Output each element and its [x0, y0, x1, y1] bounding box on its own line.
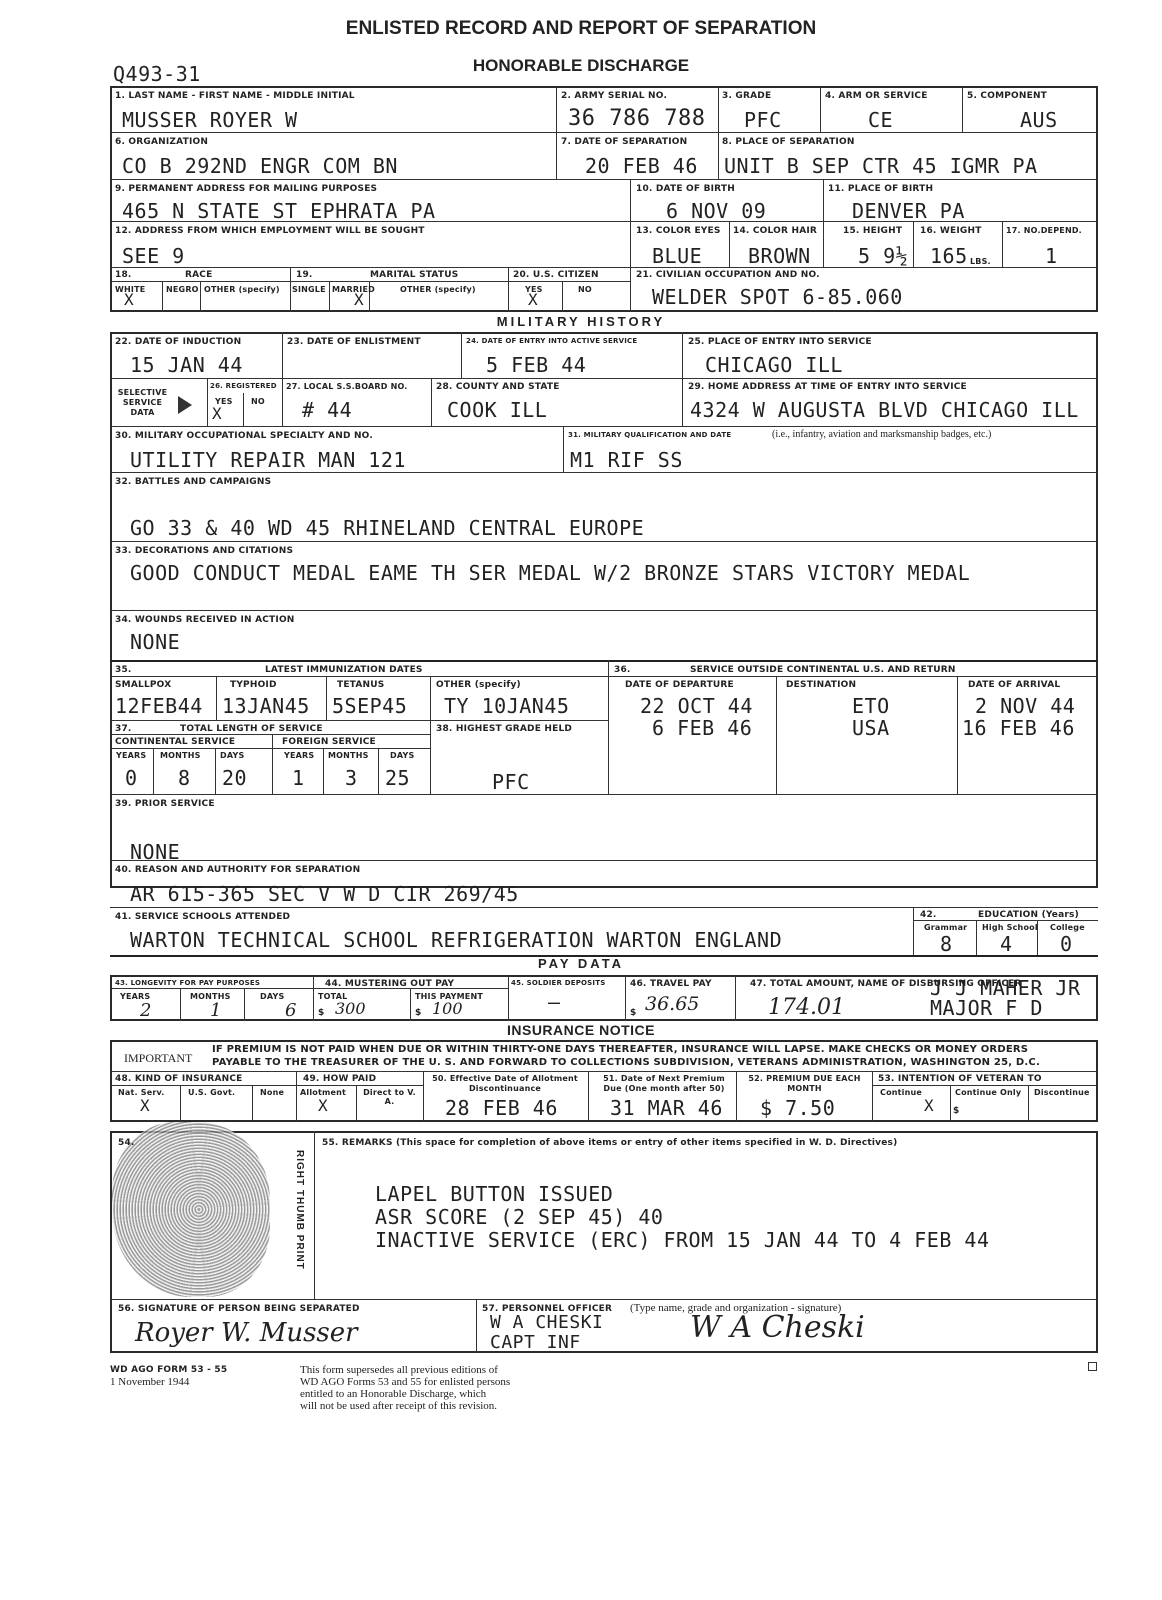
f19-label: 19. [296, 270, 313, 280]
qualification-value: M1 RIF SS [570, 448, 683, 472]
college-label: College [1050, 923, 1085, 932]
f33-label: 33. DECORATIONS AND CITATIONS [115, 546, 293, 556]
us-govt-checkbox[interactable]: U.S. Govt. [188, 1088, 235, 1097]
none-checkbox[interactable]: None [260, 1088, 284, 1097]
f37-label: 37. [115, 724, 132, 734]
cont-months-value: 8 [178, 766, 191, 790]
arrival-header: DATE OF ARRIVAL [968, 680, 1060, 690]
travel-pay-value: 36.65 [645, 993, 699, 1015]
weight-unit: LBS. [970, 257, 991, 266]
arm-value: CE [868, 108, 893, 132]
college-value: 0 [1060, 932, 1073, 956]
f45-label: 45. SOLDIER DEPOSITS [511, 979, 605, 987]
selective-service-label: SELECTIVE SERVICE DATA [115, 388, 170, 418]
f17-label: 17. NO.DEPEND. [1006, 226, 1082, 235]
decorations-value: GOOD CONDUCT MEDAL EAME TH SER MEDAL W/2… [130, 561, 970, 585]
tetanus-label: TETANUS [337, 680, 384, 690]
personnel-officer-signature: W A Cheski [690, 1310, 865, 1345]
f21-label: 21. CIVILIAN OCCUPATION AND NO. [636, 270, 820, 280]
continue-checkbox[interactable]: Continue [880, 1088, 922, 1097]
marital-married-mark: X [354, 290, 364, 309]
cont-years-label: YEARS [116, 751, 146, 760]
immunization-title: LATEST IMMUNIZATION DATES [265, 665, 423, 675]
f31-note: (i.e., infantry, aviation and marksmansh… [772, 429, 991, 441]
f52-label: 52. PREMIUM DUE EACH MONTH [742, 1074, 867, 1094]
soldier-deposits-value: — [548, 990, 561, 1014]
important-label: IMPORTANT [124, 1052, 192, 1064]
f31-label: 31. MILITARY QUALIFICATION AND DATE [568, 431, 731, 439]
f24-label: 24. DATE OF ENTRY INTO ACTIVE SERVICE [466, 337, 637, 345]
height-value: 5 9½ [858, 244, 908, 268]
thumb-print-label: RIGHT THUMB PRINT [294, 1150, 305, 1270]
corner-square-icon [1088, 1362, 1097, 1371]
marital-single-checkbox[interactable]: SINGLE [292, 285, 326, 294]
occupation-value: WELDER SPOT 6-85.060 [652, 285, 903, 309]
entry-place-value: CHICAGO ILL [705, 353, 843, 377]
f28-label: 28. COUNTY AND STATE [436, 382, 560, 392]
f49-label: 49. HOW PAID [303, 1074, 376, 1084]
education-title: EDUCATION (Years) [978, 910, 1079, 920]
registered-yes-mark: X [212, 404, 222, 423]
high-school-value: 4 [1000, 932, 1013, 956]
discontinue-checkbox[interactable]: Discontinue [1034, 1088, 1090, 1097]
citizen-yes-mark: X [528, 290, 538, 309]
cont-years-value: 0 [125, 766, 138, 790]
personnel-officer-grade: CAPT INF [490, 1332, 581, 1353]
remark-line-2: ASR SCORE (2 SEP 45) 40 [375, 1205, 663, 1229]
board-no-value: # 44 [302, 398, 352, 422]
disbursing-officer-rank: MAJOR F D [930, 996, 1043, 1020]
other-immunization-label: OTHER (specify) [436, 680, 521, 690]
allotment-mark: X [318, 1096, 328, 1115]
continue-only-checkbox[interactable]: Continue Only [955, 1088, 1021, 1097]
foreign-days-value: 25 [385, 766, 410, 790]
serial-value: 36 786 788 [568, 106, 705, 131]
foreign-days-label: DAYS [390, 751, 414, 760]
registered-no-checkbox[interactable]: NO [251, 397, 265, 406]
longevity-days-value: 6 [285, 1000, 296, 1021]
continue-only-currency: $ [953, 1106, 959, 1116]
grade-value: PFC [744, 108, 782, 132]
supersedes-line-4: will not be used after receipt of this r… [300, 1400, 497, 1412]
highest-grade-value: PFC [492, 770, 530, 794]
file-number: Q493-31 [113, 62, 201, 86]
f30-label: 30. MILITARY OCCUPATIONAL SPECIALTY AND … [115, 431, 373, 441]
component-value: AUS [1020, 108, 1058, 132]
f43-label: 43. LONGEVITY FOR PAY PURPOSES [115, 979, 260, 987]
cont-days-label: DAYS [220, 751, 244, 760]
premium-value: $ 7.50 [760, 1096, 835, 1120]
f2-label: 2. ARMY SERIAL NO. [561, 91, 667, 101]
total-currency: $ [318, 1008, 324, 1018]
smallpox-value: 12FEB44 [115, 694, 203, 718]
foreign-years-label: YEARS [284, 751, 314, 760]
tetanus-value: 5SEP45 [332, 694, 407, 718]
form-title: ENLISTED RECORD AND REPORT OF SEPARATION [0, 18, 1162, 40]
f36-label: 36. [614, 665, 631, 675]
f11-label: 11. PLACE OF BIRTH [828, 184, 933, 194]
arrival-1: 2 NOV 44 [975, 694, 1075, 718]
f55-label: 55. REMARKS (This space for completion o… [322, 1138, 897, 1148]
f48-label: 48. KIND OF INSURANCE [115, 1074, 243, 1084]
f26-label: 26. REGISTERED [210, 382, 277, 390]
cont-days-value: 20 [222, 766, 247, 790]
f9-label: 9. PERMANENT ADDRESS FOR MAILING PURPOSE… [115, 184, 377, 194]
form-date: 1 November 1944 [110, 1376, 189, 1388]
f1-label: 1. LAST NAME - FIRST NAME - MIDDLE INITI… [115, 91, 355, 101]
f32-label: 32. BATTLES AND CAMPAIGNS [115, 477, 271, 487]
service-schools-value: WARTON TECHNICAL SCHOOL REFRIGERATION WA… [130, 928, 782, 952]
supersedes-line-2: WD AGO Forms 53 and 55 for enlisted pers… [300, 1376, 510, 1388]
f14-label: 14. COLOR HAIR [733, 226, 817, 236]
wounds-value: NONE [130, 630, 180, 654]
departure-header: DATE OF DEPARTURE [625, 680, 734, 690]
dependents-value: 1 [1045, 244, 1058, 268]
f27-label: 27. LOCAL S.S.BOARD NO. [286, 382, 408, 391]
insurance-heading: INSURANCE NOTICE [0, 1022, 1162, 1038]
foreign-title: FOREIGN SERVICE [282, 737, 376, 747]
f18-label: 18. [115, 270, 132, 280]
f34-label: 34. WOUNDS RECEIVED IN ACTION [115, 615, 295, 625]
f6-label: 6. ORGANIZATION [115, 137, 208, 147]
destination-2: USA [852, 716, 890, 740]
separation-place-value: UNIT B SEP CTR 45 IGMR PA [724, 154, 1038, 178]
prior-service-value: NONE [130, 840, 180, 864]
f42-label: 42. [920, 910, 937, 920]
grammar-label: Grammar [924, 923, 967, 932]
direct-to-va-checkbox[interactable]: Direct to V. A. [362, 1088, 417, 1106]
arrow-right-icon [178, 396, 192, 414]
payment-currency: $ [415, 1008, 421, 1018]
length-title: TOTAL LENGTH OF SERVICE [180, 724, 323, 734]
separated-person-signature: Royer W. Musser [135, 1318, 358, 1348]
longevity-years-value: 2 [140, 1000, 151, 1021]
mos-value: UTILITY REPAIR MAN 121 [130, 448, 406, 472]
departure-1: 22 OCT 44 [640, 694, 753, 718]
foreign-months-value: 3 [345, 766, 358, 790]
remark-line-1: LAPEL BUTTON ISSUED [375, 1182, 613, 1206]
longevity-days-label: DAYS [260, 992, 284, 1001]
insurance-notice-line2: PAYABLE TO THE TREASURER OF THE U. S. AN… [212, 1057, 1040, 1068]
address-value: 465 N STATE ST EPHRATA PA [122, 199, 436, 223]
insurance-notice-line1: IF PREMIUM IS NOT PAID WHEN DUE OR WITHI… [212, 1044, 1028, 1055]
weight-value: 165 [930, 244, 968, 268]
grammar-value: 8 [940, 932, 953, 956]
typhoid-label: TYPHOID [230, 680, 277, 690]
f3-label: 3. GRADE [722, 91, 771, 101]
thumbprint-image [112, 1122, 270, 1297]
f29-label: 29. HOME ADDRESS AT TIME OF ENTRY INTO S… [688, 382, 967, 392]
active-service-date-value: 5 FEB 44 [486, 353, 586, 377]
mustering-total-value: 300 [335, 999, 366, 1018]
citizen-no-checkbox[interactable]: NO [578, 285, 592, 294]
remark-line-3: INACTIVE SERVICE (ERC) FROM 15 JAN 44 TO… [375, 1228, 990, 1252]
allotment-discontinuance-value: 28 FEB 46 [445, 1096, 558, 1120]
f39-label: 39. PRIOR SERVICE [115, 799, 215, 809]
destination-1: ETO [852, 694, 890, 718]
military-history-heading: MILITARY HISTORY [0, 314, 1162, 329]
f5-label: 5. COMPONENT [967, 91, 1047, 101]
separation-date-value: 20 FEB 46 [585, 154, 698, 178]
f54-label: 54. [118, 1138, 135, 1148]
employment-address-value: SEE 9 [122, 244, 185, 268]
this-payment-value: 100 [432, 999, 463, 1018]
f4-label: 4. ARM OR SERVICE [825, 91, 928, 101]
name-value: MUSSER ROYER W [122, 108, 298, 132]
typhoid-value: 13JAN45 [222, 694, 310, 718]
f53-label: 53. INTENTION OF VETERAN TO [878, 1074, 1042, 1084]
f8-label: 8. PLACE OF SEPARATION [722, 137, 855, 147]
nat-serv-mark: X [140, 1096, 150, 1115]
f41-label: 41. SERVICE SCHOOLS ATTENDED [115, 912, 290, 922]
race-white-mark: X [124, 290, 134, 309]
battles-value: GO 33 & 40 WD 45 RHINELAND CENTRAL EUROP… [130, 516, 644, 540]
service-outside-title: SERVICE OUTSIDE CONTINENTAL U.S. AND RET… [690, 665, 956, 675]
f56-label: 56. SIGNATURE OF PERSON BEING SEPARATED [118, 1304, 360, 1314]
f10-label: 10. DATE OF BIRTH [636, 184, 735, 194]
continental-title: CONTINENTAL SERVICE [115, 737, 235, 747]
f20-label: 20. U.S. CITIZEN [513, 270, 599, 280]
personnel-officer-name: W A CHESKI [490, 1312, 603, 1333]
f51-label: 51. Date of Next Premium Due (One month … [594, 1074, 734, 1094]
separation-reason-value: AR 615-365 SEC V W D CIR 269/45 [130, 882, 519, 906]
organization-value: CO B 292ND ENGR COM BN [122, 154, 398, 178]
marital-other-checkbox[interactable]: OTHER (specify) [400, 285, 476, 294]
form-number: WD AGO FORM 53 - 55 [110, 1365, 227, 1375]
f16-label: 16. WEIGHT [920, 226, 982, 236]
eyes-value: BLUE [652, 244, 702, 268]
high-school-label: High School [982, 923, 1038, 932]
f22-label: 22. DATE OF INDUCTION [115, 337, 241, 347]
f12-label: 12. ADDRESS FROM WHICH EMPLOYMENT WILL B… [115, 226, 425, 236]
f50-label: 50. Effective Date of Allotment Disconti… [430, 1074, 580, 1094]
f13-label: 13. COLOR EYES [636, 226, 721, 236]
other-immunization-value: TY 10JAN45 [444, 694, 569, 718]
marital-title: MARITAL STATUS [370, 270, 458, 280]
f23-label: 23. DATE OF ENLISTMENT [287, 337, 421, 347]
induction-date-value: 15 JAN 44 [130, 353, 243, 377]
race-other-checkbox[interactable]: OTHER (specify) [204, 285, 280, 294]
f15-label: 15. HEIGHT [843, 226, 902, 236]
f46-label: 46. TRAVEL PAY [630, 979, 712, 989]
birth-date-value: 6 NOV 09 [666, 199, 766, 223]
supersedes-line-3: entitled to an Honorable Discharge, whic… [300, 1388, 486, 1400]
f40-label: 40. REASON AND AUTHORITY FOR SEPARATION [115, 865, 360, 875]
f35-label: 35. [115, 665, 132, 675]
supersedes-line-1: This form supersedes all previous editio… [300, 1364, 498, 1376]
total-amount-value: 174.01 [768, 995, 845, 1020]
race-title: RACE [185, 270, 212, 280]
next-premium-value: 31 MAR 46 [610, 1096, 723, 1120]
pay-data-heading: PAY DATA [0, 956, 1162, 971]
continue-mark: X [924, 1096, 934, 1115]
f25-label: 25. PLACE OF ENTRY INTO SERVICE [688, 337, 872, 347]
county-state-value: COOK ILL [447, 398, 547, 422]
travel-currency: $ [630, 1008, 636, 1018]
cont-months-label: MONTHS [160, 751, 201, 760]
birth-place-value: DENVER PA [852, 199, 965, 223]
race-negro-checkbox[interactable]: NEGRO [166, 285, 199, 294]
departure-2: 6 FEB 46 [652, 716, 752, 740]
home-address-value: 4324 W AUGUSTA BLVD CHICAGO ILL [690, 398, 1079, 422]
arrival-2: 16 FEB 46 [962, 716, 1075, 740]
smallpox-label: SMALLPOX [115, 680, 171, 690]
f38-label: 38. HIGHEST GRADE HELD [436, 724, 572, 734]
longevity-months-value: 1 [210, 1000, 221, 1021]
foreign-years-value: 1 [292, 766, 305, 790]
destination-header: DESTINATION [786, 680, 856, 690]
f7-label: 7. DATE OF SEPARATION [561, 137, 687, 147]
foreign-months-label: MONTHS [328, 751, 369, 760]
hair-value: BROWN [748, 244, 811, 268]
